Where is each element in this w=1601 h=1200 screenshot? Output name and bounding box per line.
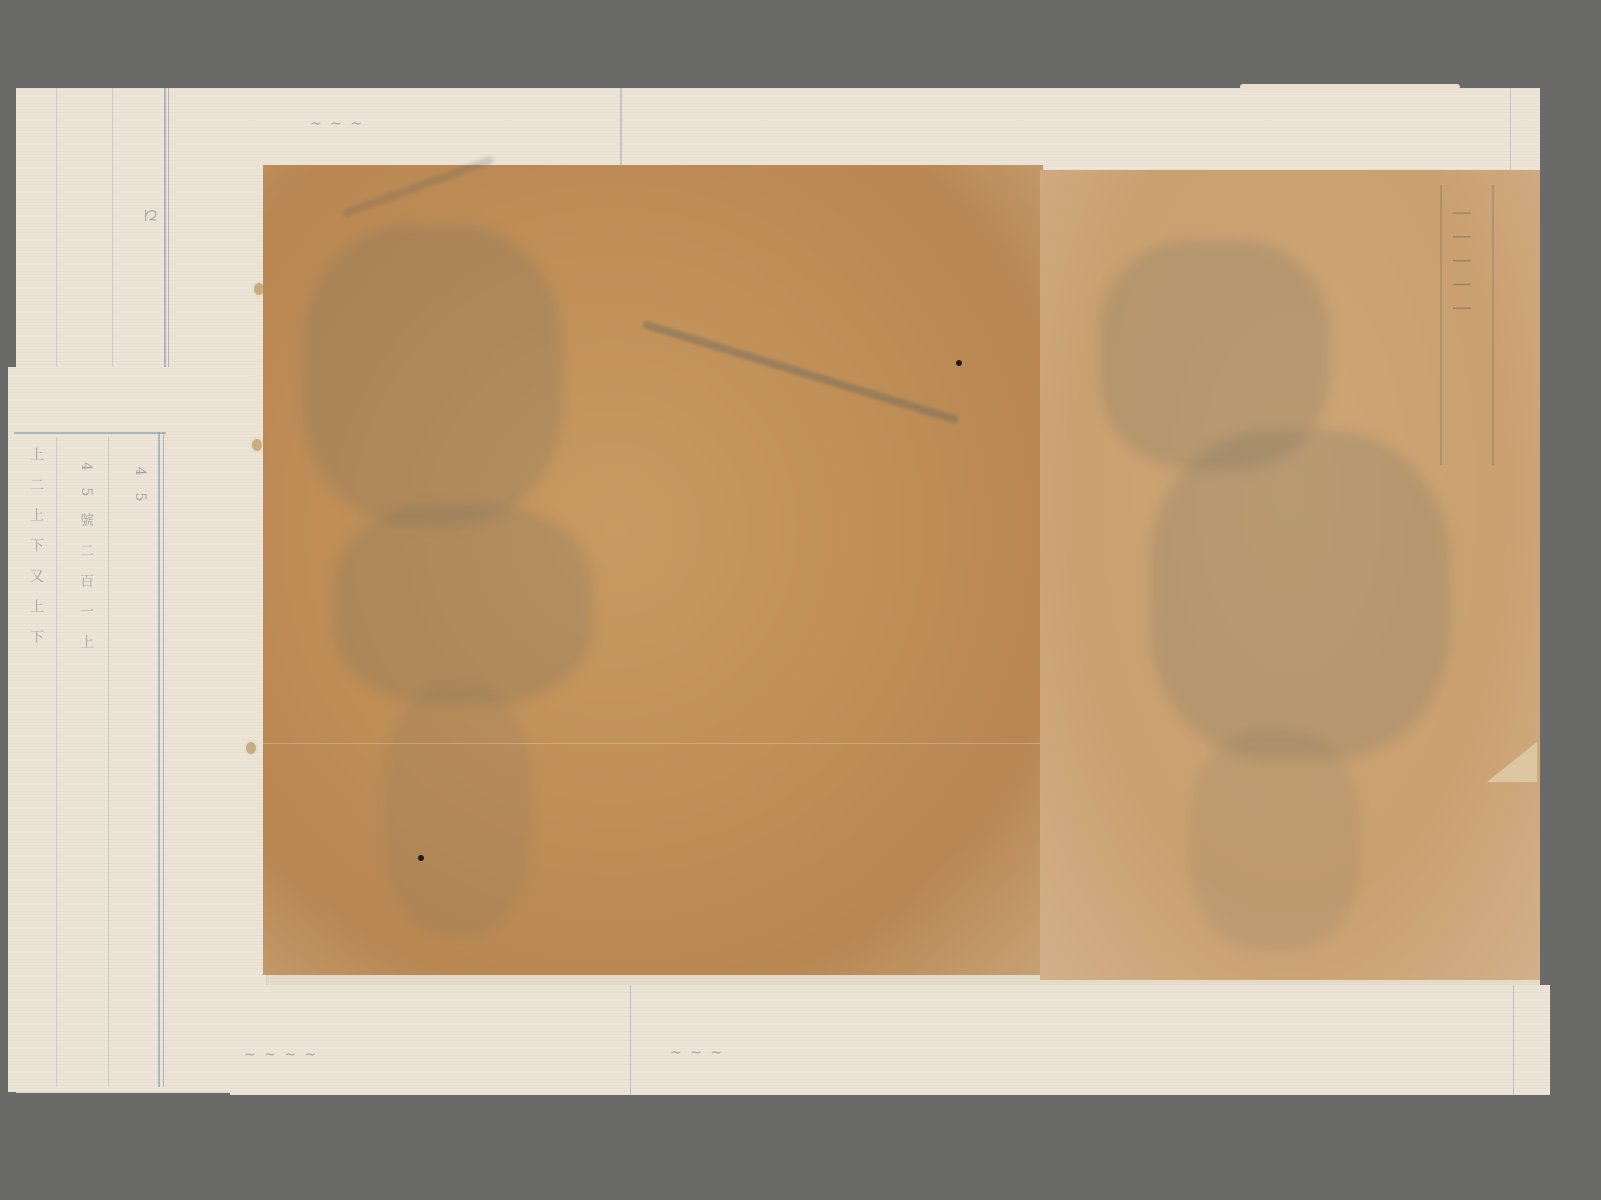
pencil-annotation: 4 5 號 二 百 一 上 <box>76 462 96 655</box>
pencil-annotation: ~ ~ ~ <box>670 1045 724 1061</box>
pencil-annotation: 𛀇 𛀈 <box>38 218 54 268</box>
pencil-annotation: ~ ~ ~ <box>310 116 364 132</box>
pencil-annotation: 𛀁 𛀂 𛀃 <box>140 208 160 289</box>
top-mount-strip: ~ ~ ~ <box>280 88 1540 173</box>
print-verso-right: | | | | | <box>1040 170 1540 980</box>
pin-hole <box>418 855 424 861</box>
folded-corner <box>1487 742 1537 782</box>
top-left-mount-strip: 𛀁 𛀂 𛀃 𛀄 𛀅 𛀆 𛀇 𛀈 <box>16 88 280 368</box>
cartouche-text: | | | | | <box>1452 210 1473 317</box>
paste-spot <box>246 742 256 754</box>
paste-spot <box>252 439 262 451</box>
left-mount-panel: 4 5 4 5 號 二 百 一 上 上 二 上 下 又 上 下 <box>8 367 266 1092</box>
pin-hole <box>956 360 962 366</box>
bottom-mount-strip: ~ ~ ~ ~ ~ ~ ~ <box>230 985 1550 1095</box>
print-verso <box>263 165 1043 975</box>
pencil-annotation: 𛀄 𛀅 𛀆 <box>88 213 104 294</box>
pencil-annotation: ~ ~ ~ ~ <box>244 1047 318 1063</box>
torn-edge <box>1240 84 1460 90</box>
pencil-annotation: 上 二 上 下 又 上 下 <box>26 447 46 650</box>
pencil-annotation: 4 5 <box>132 467 148 507</box>
